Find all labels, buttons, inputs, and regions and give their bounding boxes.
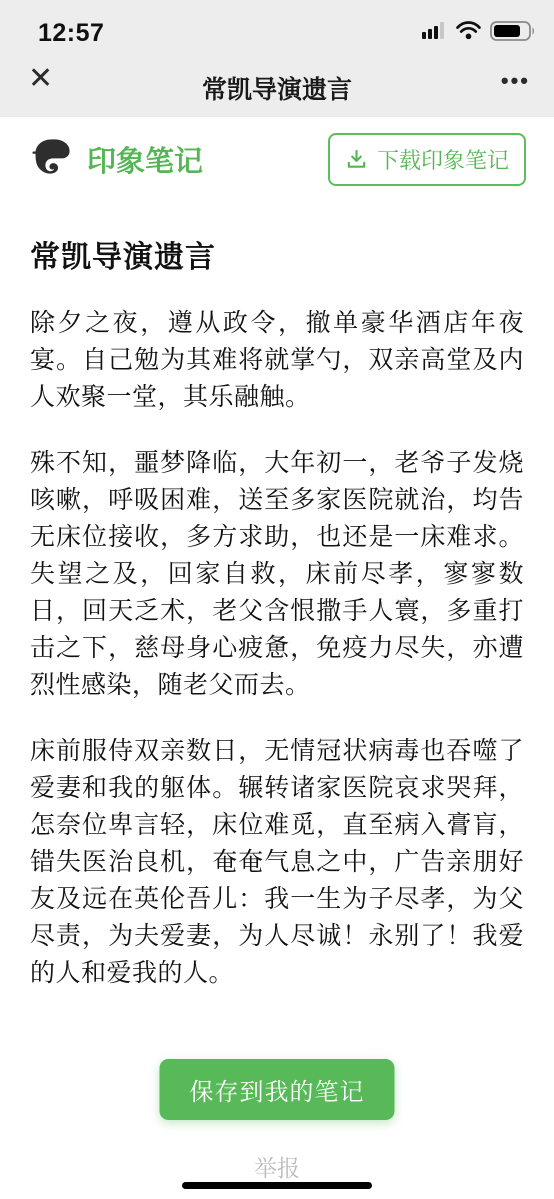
cellular-signal-icon [422, 22, 447, 44]
download-icon [345, 148, 368, 171]
evernote-brand: 印象笔记 [30, 135, 203, 184]
article-paragraph: 床前服侍双亲数日，无情冠状病毒也吞噬了爱妻和我的躯体。辗转诸家医院哀求哭拜，怎奈… [30, 733, 524, 992]
download-app-button[interactable]: 下载印象笔记 [328, 133, 526, 186]
app-name: 印象笔记 [87, 139, 203, 180]
article-title: 常凯导演遗言 [30, 232, 524, 276]
article-content: 常凯导演遗言 除夕之夜，遵从政令，撤单豪华酒店年夜宴。自己勉为其难将就掌勺，双亲… [0, 201, 554, 992]
report-link[interactable]: 举报 [0, 1150, 554, 1183]
clock: 12:57 [38, 19, 104, 48]
status-bar: 12:57 [0, 0, 554, 58]
nav-bar: ✕ 常凯导演遗言 ••• [0, 58, 554, 117]
article-paragraph: 除夕之夜，遵从政令，撤单豪华酒店年夜宴。自己勉为其难将就掌勺，双亲高堂及内人欢聚… [30, 305, 524, 416]
wifi-icon [456, 21, 481, 45]
more-menu-icon[interactable]: ••• [501, 68, 530, 94]
battery-icon [490, 21, 536, 46]
page-title: 常凯导演遗言 [0, 70, 554, 106]
evernote-banner: 印象笔记 下载印象笔记 [0, 117, 554, 201]
save-to-notes-button[interactable]: 保存到我的笔记 [160, 1059, 395, 1120]
status-icons [422, 21, 536, 46]
top-chrome: 12:57 [0, 0, 554, 117]
download-button-label: 下载印象笔记 [377, 144, 509, 175]
wechat-article-view: 12:57 [0, 0, 554, 1199]
article-paragraph: 殊不知，噩梦降临，大年初一，老爷子发烧咳嗽，呼吸困难，送至多家医院就治，均告无床… [30, 445, 524, 704]
elephant-logo-icon [30, 135, 74, 184]
home-indicator-handle[interactable] [182, 1182, 372, 1189]
